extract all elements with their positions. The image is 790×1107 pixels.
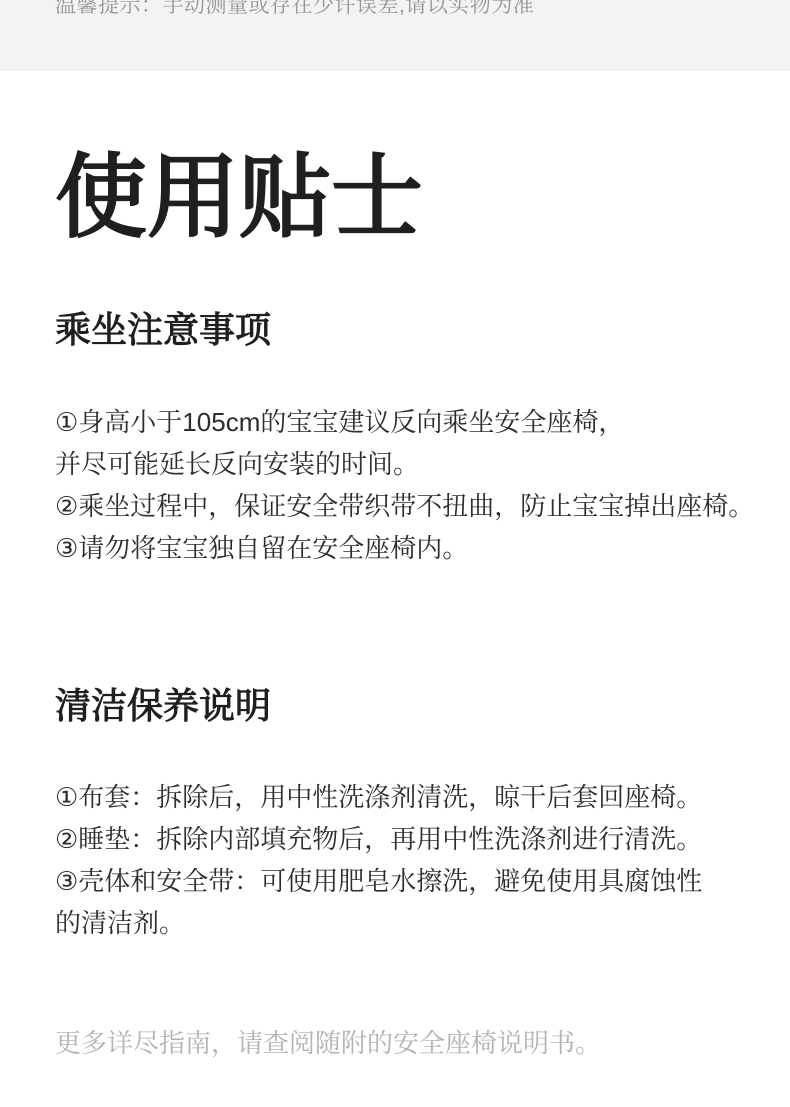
- section-heading-riding: 乘坐注意事项: [55, 312, 790, 348]
- body-line: ③壳体和安全带：可使用肥皂水擦洗，避免使用具腐蚀性: [55, 860, 790, 902]
- body-line: ③请勿将宝宝独自留在安全座椅内。: [55, 527, 790, 569]
- section-cleaning-care: 清洁保养说明 ①布套：拆除后，用中性洗涤剂清洗，晾干后套回座椅。 ②睡垫：拆除内…: [55, 688, 790, 944]
- section-body-cleaning: ①布套：拆除后，用中性洗涤剂清洗，晾干后套回座椅。 ②睡垫：拆除内部填充物后，再…: [55, 776, 790, 944]
- section-heading-cleaning: 清洁保养说明: [55, 688, 790, 724]
- content-area: 使用贴士 乘坐注意事项 ①身高小于105cm的宝宝建议反向乘坐安全座椅， 并尽可…: [0, 152, 790, 1057]
- section-riding-precautions: 乘坐注意事项 ①身高小于105cm的宝宝建议反向乘坐安全座椅， 并尽可能延长反向…: [55, 312, 790, 569]
- notice-bar: 温馨提示：手动测量或存在少许误差,请以实物为准: [0, 0, 790, 71]
- body-line: 的清洁剂。: [55, 902, 790, 944]
- notice-text: 温馨提示：手动测量或存在少许误差,请以实物为准: [55, 0, 534, 20]
- product-detail-page: { "notice": { "text": "温馨提示：手动测量或存在少许误差,…: [0, 0, 790, 1107]
- body-line: ①身高小于105cm的宝宝建议反向乘坐安全座椅，: [55, 401, 790, 443]
- body-line: ②乘坐过程中，保证安全带织带不扭曲，防止宝宝掉出座椅。: [55, 485, 790, 527]
- body-line: 并尽可能延长反向安装的时间。: [55, 443, 790, 485]
- body-line: ①布套：拆除后，用中性洗涤剂清洗，晾干后套回座椅。: [55, 776, 790, 818]
- page-title: 使用贴士: [55, 152, 790, 244]
- body-line: ②睡垫：拆除内部填充物后，再用中性洗涤剂进行清洗。: [55, 818, 790, 860]
- section-body-riding: ①身高小于105cm的宝宝建议反向乘坐安全座椅， 并尽可能延长反向安装的时间。 …: [55, 401, 790, 569]
- footer-note: 更多详尽指南，请查阅随附的安全座椅说明书。: [55, 1029, 790, 1057]
